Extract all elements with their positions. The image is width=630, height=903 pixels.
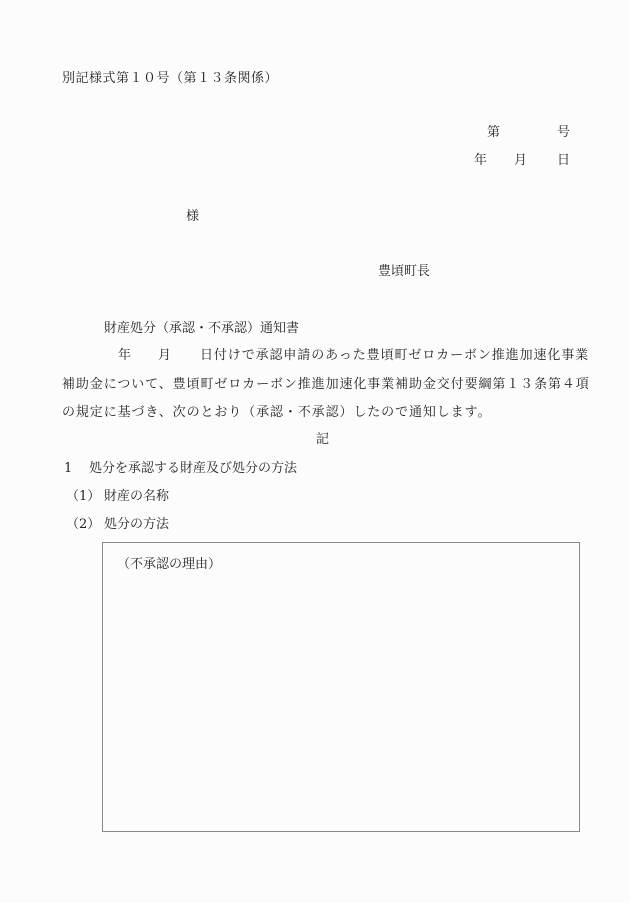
subitem-2: （2）処分の方法 [66, 518, 169, 531]
document-number-go: 号 [557, 126, 570, 139]
rejection-reason-label: （不承認の理由） [117, 553, 221, 572]
document-number-dai: 第 [487, 126, 500, 139]
body-date-month: 月 [158, 349, 200, 362]
body-line-3: の規定に基づき、次のとおり（承認・不承認）したので通知します。 [62, 406, 491, 419]
date-year-label: 年 [474, 154, 487, 167]
ki-heading: 記 [316, 433, 329, 446]
date-day-label: 日 [557, 154, 570, 167]
subitem-1: （1）財産の名称 [66, 490, 169, 503]
date-month-label: 月 [514, 154, 527, 167]
sender-name: 豊頃町長 [378, 265, 430, 278]
rejection-reason-box: （不承認の理由） [102, 542, 580, 832]
body-line-1: 年月日付けで承認申請のあった豊頃町ゼロカーボン推進加速化事業 [118, 349, 589, 362]
subitem-2-label: 処分の方法 [104, 517, 169, 532]
item-1-label: 処分を承認する財産及び処分の方法 [89, 461, 297, 476]
subitem-2-number: （2） [66, 518, 104, 531]
item-1: 1処分を承認する財産及び処分の方法 [64, 462, 297, 475]
subitem-1-number: （1） [66, 490, 104, 503]
recipient-honorific: 様 [186, 210, 199, 223]
body-line-2: 補助金について、豊頃町ゼロカーボン推進加速化事業補助金交付要綱第１３条第４項 [62, 378, 590, 391]
document-title: 財産処分（承認・不承認）通知書 [104, 322, 299, 335]
item-1-number: 1 [64, 462, 89, 475]
body-line-1-text: 日付けで承認申請のあった豊頃町ゼロカーボン推進加速化事業 [200, 348, 589, 363]
subitem-1-label: 財産の名称 [104, 489, 169, 504]
body-date-year: 年 [118, 349, 158, 362]
form-number-heading: 別記様式第１０号（第１３条関係） [62, 72, 278, 85]
